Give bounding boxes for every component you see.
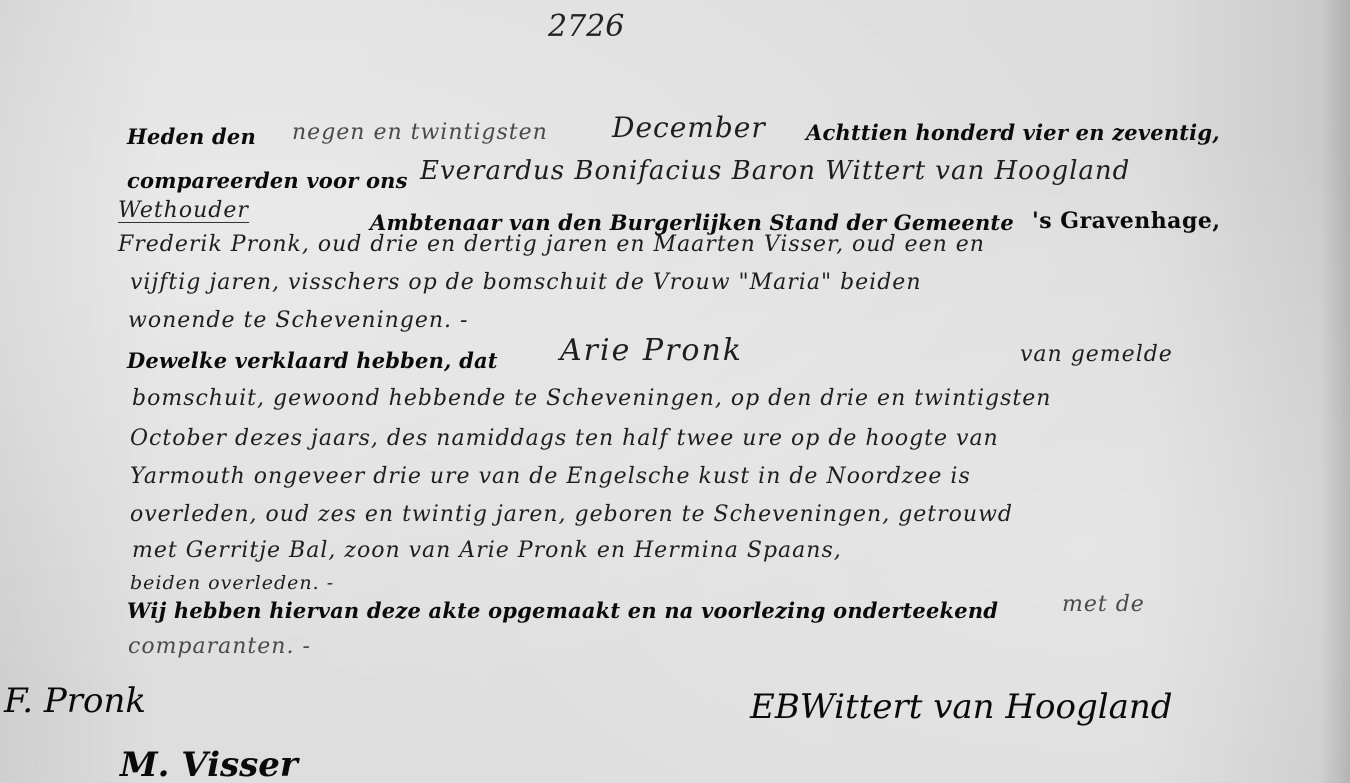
- hand-wethouder: Wethouder: [118, 200, 249, 223]
- hand-official-name: Everardus Bonifacius Baron Wittert van H…: [420, 158, 1130, 184]
- page-edge-shadow: [1320, 0, 1350, 783]
- hand-met-de: met de: [1062, 594, 1145, 616]
- hand-deceased-name: Arie Pronk: [560, 336, 743, 366]
- hand-day: negen en twintigsten: [292, 122, 548, 144]
- hand-van-gemelde: van gemelde: [1020, 344, 1173, 366]
- printed-wij-hebben: Wij hebben hiervan deze akte opgemaakt e…: [127, 600, 998, 621]
- hand-comparanten: comparanten. -: [128, 636, 311, 658]
- printed-year: Achttien honderd vier en zeventig,: [806, 122, 1220, 143]
- signature-f-pronk: F. Pronk: [4, 684, 146, 718]
- printed-heden-den: Heden den: [127, 126, 256, 147]
- hand-body-1: bomschuit, gewoond hebbende te Schevenin…: [132, 388, 1051, 410]
- hand-witnesses-1: Frederik Pronk, oud drie en dertig jaren…: [118, 234, 985, 256]
- hand-body-5: met Gerritje Bal, zoon van Arie Pronk en…: [132, 540, 842, 562]
- hand-month: December: [612, 114, 766, 142]
- printed-ambtenaar: Ambtenaar van den Burgerlijken Stand der…: [370, 212, 1014, 233]
- hand-body-4: overleden, oud zes en twintig jaren, geb…: [130, 504, 1013, 526]
- printed-compareerden: compareerden voor ons: [127, 170, 408, 191]
- hand-witnesses-3: wonende te Scheveningen. -: [128, 310, 468, 332]
- hand-body-6: beiden overleden. -: [130, 574, 334, 593]
- record-number: 2726: [548, 12, 624, 42]
- printed-gravenhage: 's Gravenhage,: [1032, 210, 1220, 232]
- hand-body-3: Yarmouth ongeveer drie ure van de Engels…: [130, 466, 971, 488]
- signature-wittert-van-hoogland: EBWittert van Hoogland: [750, 690, 1173, 724]
- signature-m-visser: M. Visser: [120, 748, 298, 782]
- hand-body-2: October dezes jaars, des namiddags ten h…: [130, 428, 999, 450]
- hand-witnesses-2: vijftig jaren, visschers op de bomschuit…: [130, 272, 921, 294]
- printed-dewelke: Dewelke verklaard hebben, dat: [127, 350, 498, 371]
